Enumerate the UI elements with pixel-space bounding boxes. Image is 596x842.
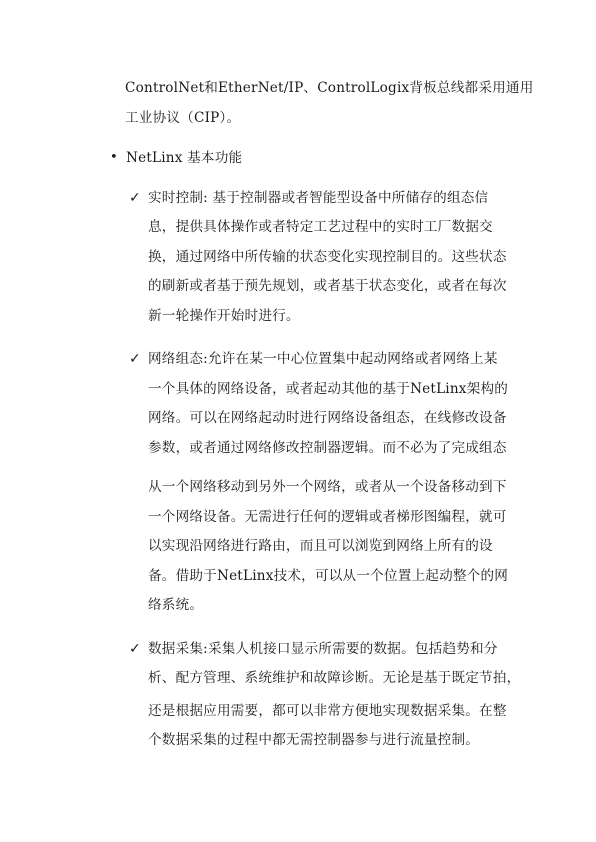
- item1-line-3: 换，通过网络中所传输的状态变化实现控制目的。这些状态: [148, 248, 507, 266]
- item1-line-5: 新一轮操作开始时进行。: [148, 307, 300, 325]
- item2-line-6: 一个网络设备。无需进行任何的逻辑或者梯形图编程，就可: [148, 508, 507, 526]
- item2-line-9: 络系统。: [148, 596, 203, 614]
- checkmark-icon: ✓: [129, 640, 141, 658]
- item2-line-7: 以实现沿网络进行路由，而且可以浏览到网络上所有的设: [148, 537, 493, 555]
- item3-line-3: 还是根据应用需要，都可以非常方便地实现数据采集。在整: [148, 702, 507, 720]
- checkmark-icon: ✓: [129, 189, 141, 207]
- item1-line-1: 实时控制: 基于控制器或者智能型设备中所储存的组态信: [148, 189, 488, 207]
- bullet-dot-icon: •: [110, 149, 118, 167]
- checkmark-icon: ✓: [129, 350, 141, 368]
- item1-line-2: 息，提供具体操作或者特定工艺过程中的实时工厂数据交: [148, 218, 493, 236]
- item2-line-3: 网络。可以在网络起动时进行网络设备组态，在线修改设备: [148, 409, 507, 427]
- item2-line-4: 参数，或者通过网络修改控制器逻辑。而不必为了完成组态: [148, 439, 507, 457]
- item2-line-8: 备。借助于NetLinx技术，可以从一个位置上起动整个的网: [148, 567, 508, 585]
- intro-line-1: ControlNet和EtherNet/IP、ControlLogix背板总线都…: [125, 79, 534, 97]
- item3-line-1: 数据采集:采集人机接口显示所需要的数据。包括趋势和分: [148, 640, 498, 658]
- item2-line-5: 从一个网络移动到另外一个网络，或者从一个设备移动到下: [148, 478, 507, 496]
- intro-line-2: 工业协议（CIP）。: [125, 109, 240, 127]
- document-page: ControlNet和EtherNet/IP、ControlLogix背板总线都…: [0, 0, 596, 842]
- item3-line-4: 个数据采集的过程中都无需控制器参与进行流量控制。: [148, 731, 479, 749]
- item1-line-4: 的刷新或者基于预先规划，或者基于状态变化，或者在每次: [148, 277, 507, 295]
- item2-line-2: 一个具体的网络设备，或者起动其他的基于NetLinx架构的: [148, 380, 508, 398]
- section-title: NetLinx 基本功能: [126, 149, 242, 167]
- item3-line-2: 析、配方管理、系统维护和故障诊断。无论是基于既定节拍，: [148, 669, 520, 687]
- item2-line-1: 网络组态:允许在某一中心位置集中起动网络或者网络上某: [148, 350, 498, 368]
